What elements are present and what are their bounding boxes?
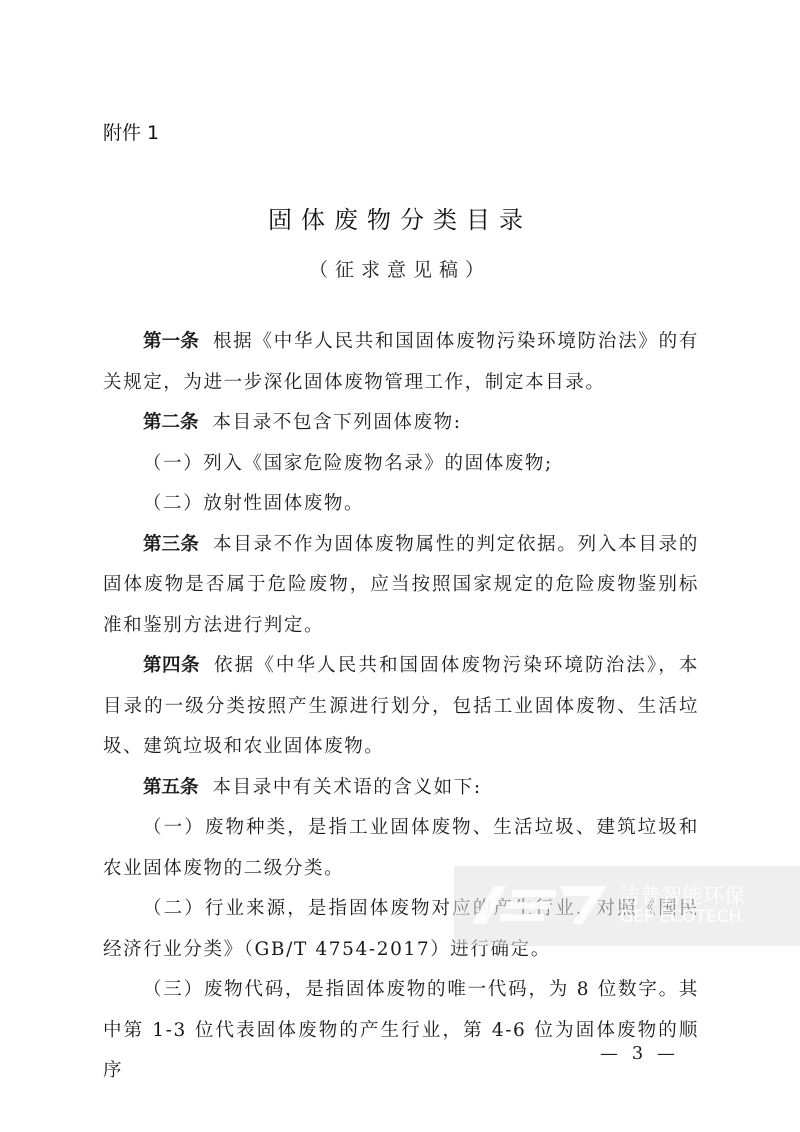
article-text: 本目录中有关术语的含义如下: bbox=[213, 777, 482, 798]
gep-logo-icon bbox=[472, 884, 607, 926]
article-3: 第三条本目录不作为固体废物属性的判定依据。列入本目录的固体废物是否属于危险废物，… bbox=[103, 525, 699, 647]
document-subtitle: （征求意见稿） bbox=[0, 255, 800, 282]
article-heading: 第三条 bbox=[143, 534, 199, 555]
clause-item: （二）放射性固体废物。 bbox=[103, 484, 699, 525]
article-4: 第四条依据《中华人民共和国固体废物污染环境防治法》，本目录的一级分类按照产生源进… bbox=[103, 646, 699, 768]
article-heading: 第二条 bbox=[143, 412, 199, 433]
watermark-company-en: GEP ECOTECH bbox=[620, 907, 741, 927]
article-5: 第五条本目录中有关术语的含义如下: bbox=[103, 768, 699, 809]
document-title: 固体废物分类目录 bbox=[0, 200, 800, 235]
watermark: 洁普智能环保 GEP ECOTECH bbox=[454, 866, 800, 946]
clause-item: （三）废物代码，是指固体废物的唯一代码，为 8 位数字。其中第 1-3 位代表固… bbox=[103, 970, 699, 1092]
article-1: 第一条根据《中华人民共和国固体废物污染环境防治法》的有关规定，为进一步深化固体废… bbox=[103, 322, 699, 403]
article-heading: 第四条 bbox=[143, 655, 200, 676]
article-2: 第二条本目录不包含下列固体废物: bbox=[103, 403, 699, 444]
attachment-label: 附件 1 bbox=[103, 118, 159, 145]
article-heading: 第五条 bbox=[143, 777, 199, 798]
article-heading: 第一条 bbox=[143, 331, 199, 352]
page-number: — 3 — bbox=[600, 1043, 679, 1064]
article-text: 本目录不包含下列固体废物: bbox=[213, 412, 462, 433]
watermark-company-cn: 洁普智能环保 bbox=[619, 880, 745, 910]
document-body: 第一条根据《中华人民共和国固体废物污染环境防治法》的有关规定，为进一步深化固体废… bbox=[103, 322, 699, 1092]
clause-item: （一）列入《国家危险废物名录》的固体废物; bbox=[103, 444, 699, 485]
